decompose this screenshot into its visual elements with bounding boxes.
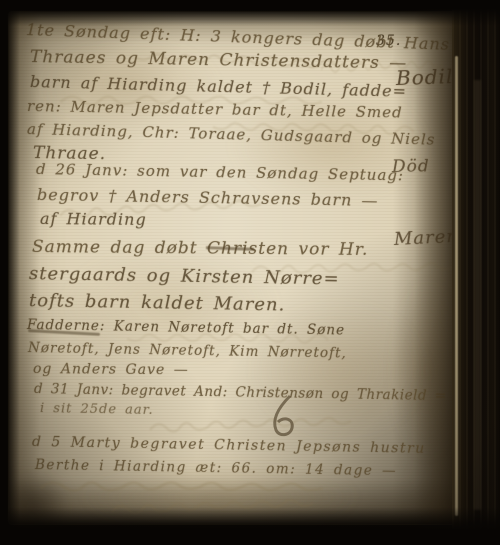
register-line: tofts barn kaldet Maren. — [29, 290, 286, 315]
register-line: Samme dag døbt Christen vor Hr. — [32, 237, 369, 260]
descender-loop-stroke — [268, 394, 298, 442]
page-edge-highlight — [455, 56, 458, 516]
manuscript-photo: 35. Bodil Död Maren 1te Søndag eft: H: 3… — [0, 0, 500, 545]
register-line: og Anders Gave — — [33, 361, 189, 378]
margin-note-maren: Maren — [393, 226, 459, 250]
page-edge-highlight-faint — [474, 80, 481, 510]
register-line: i sit 25de aar. — [40, 401, 154, 418]
book-binding-edge — [452, 0, 500, 545]
register-line: af Hiarding — [40, 209, 147, 229]
